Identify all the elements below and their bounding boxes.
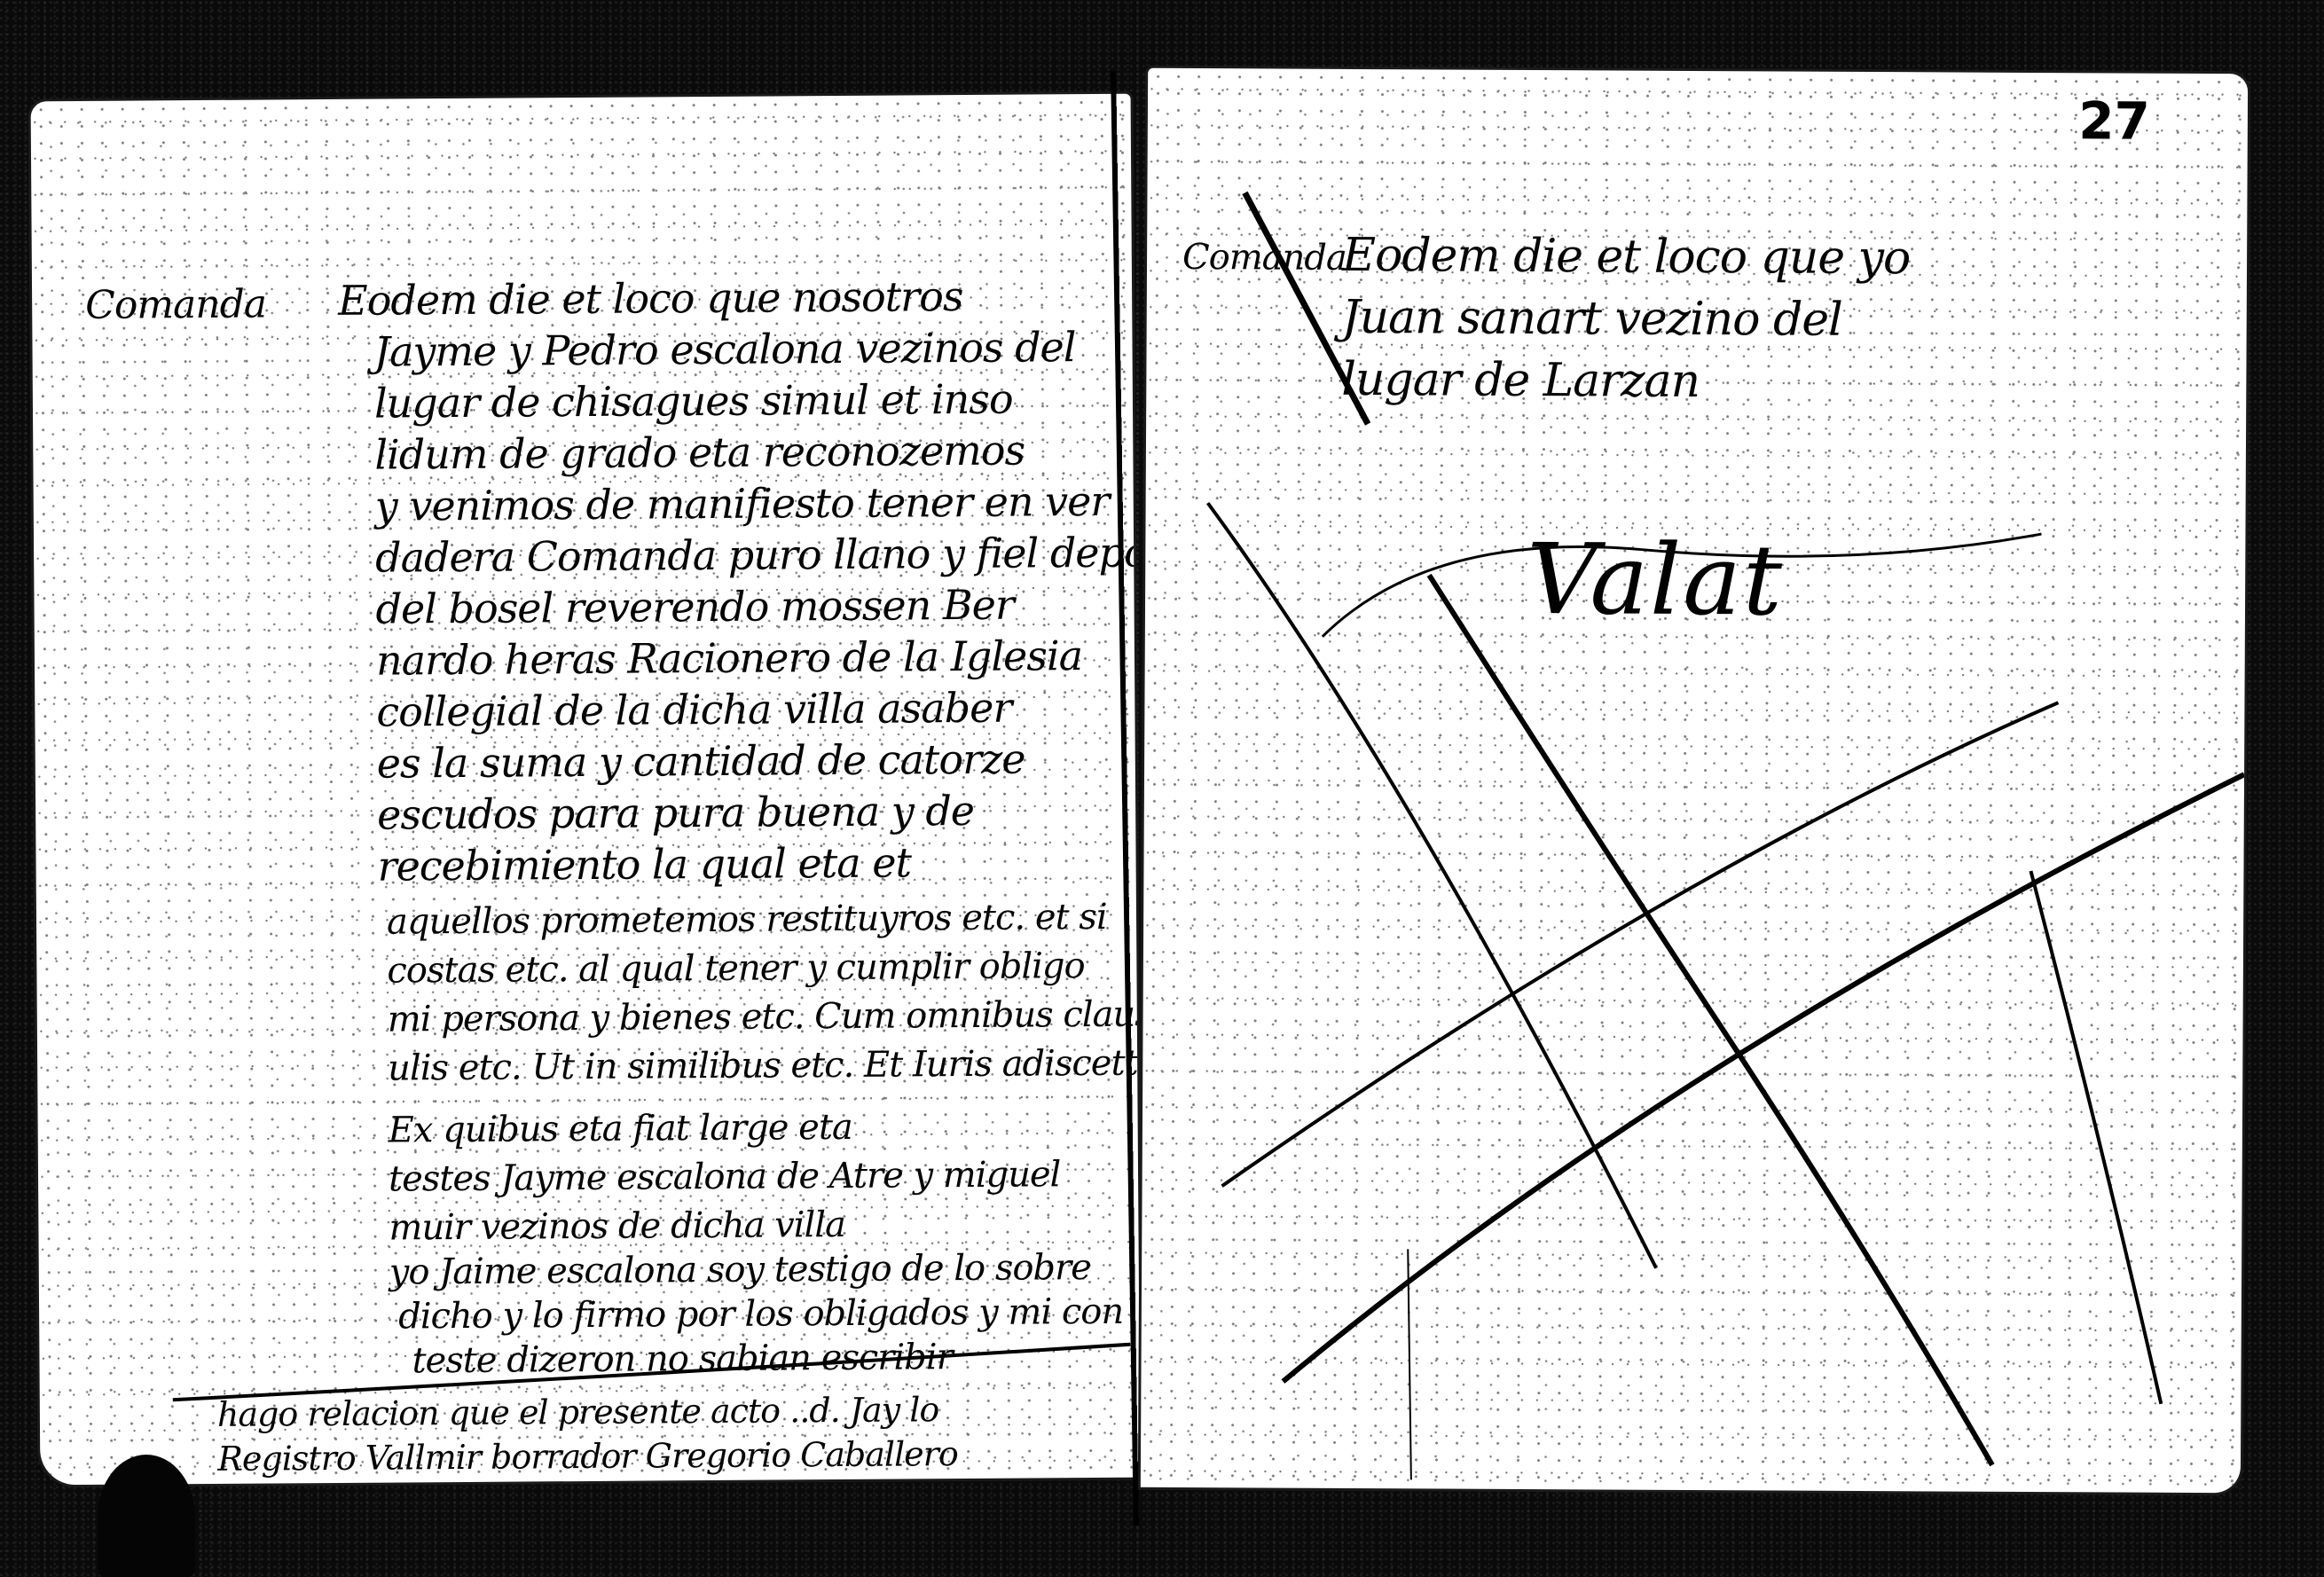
left-line-20: yo Jaime escalona soy testigo de lo sobr… xyxy=(389,1247,1091,1293)
left-line-17: Ex quibus eta fiat large eta xyxy=(389,1107,852,1151)
footer-line-2: Registro Vallmir borrador Gregorio Cabal… xyxy=(217,1434,958,1479)
left-line-21: dicho y lo firmo por los obligados y mi … xyxy=(398,1291,1123,1338)
left-line-6: dadera Comanda puro llano y fiel deposit… xyxy=(375,528,1140,582)
left-line-10: es la suma y cantidad de catorze xyxy=(377,735,1025,788)
signature: Valat xyxy=(1527,522,1785,638)
left-margin-note: Comanda xyxy=(85,282,266,328)
left-line-12: recebimiento la qual eta et xyxy=(377,838,911,890)
left-line-1: Eodem die et loco que nosotros xyxy=(338,272,963,325)
left-line-3: lugar de chisagues simul et inso xyxy=(374,375,1013,428)
left-line-18: testes Jayme escalona de Atre y miguel xyxy=(389,1154,1061,1199)
left-line-8: nardo heras Racionero de la Iglesia xyxy=(376,632,1082,685)
footer-line-1: hago relacion que el presente acto ..d. … xyxy=(217,1390,939,1434)
right-line-1: Eodem die et loco que yo xyxy=(1342,229,1911,285)
right-page: 27 Comanda Eodem die et loco que yo Juan… xyxy=(1141,68,2248,1493)
left-page: Comanda Eodem die et loco que nosotros J… xyxy=(31,94,1141,1486)
corner-stain xyxy=(98,1455,195,1577)
left-line-16: ulis etc. Ut in similibus etc. Et Iuris … xyxy=(388,1043,1138,1089)
page-number: 27 xyxy=(2078,90,2150,151)
left-line-2: Jayme y Pedro escalona vezinos del xyxy=(373,323,1075,376)
manuscript-spread: Comanda Eodem die et loco que nosotros J… xyxy=(35,71,2289,1543)
right-margin-note: Comanda xyxy=(1182,237,1347,279)
left-line-13: aquellos prometemos restituyros etc. et … xyxy=(387,897,1107,943)
left-line-7: del bosel reverendo mossen Ber xyxy=(375,581,1014,633)
left-line-19: muir vezinos de dicha villa xyxy=(389,1204,845,1249)
left-line-5: y venimos de manifiesto tener en ver xyxy=(375,477,1110,530)
right-line-3: lugar de Larzan xyxy=(1341,353,1700,408)
left-line-11: escudos para pura buena y de xyxy=(377,787,974,839)
left-line-9: collegial de la dicha villa asaber xyxy=(376,684,1011,736)
left-line-4: lidum de grado eta reconozemos xyxy=(374,427,1025,479)
left-line-14: costas etc. al qual tener y cumplir obli… xyxy=(387,945,1085,991)
right-line-2: Juan sanart vezino del xyxy=(1342,291,1842,347)
left-line-22: teste dizeron no sabian escribir xyxy=(412,1337,953,1381)
left-line-15: mi persona y bienes etc. Cum omnibus cla… xyxy=(388,994,1141,1040)
